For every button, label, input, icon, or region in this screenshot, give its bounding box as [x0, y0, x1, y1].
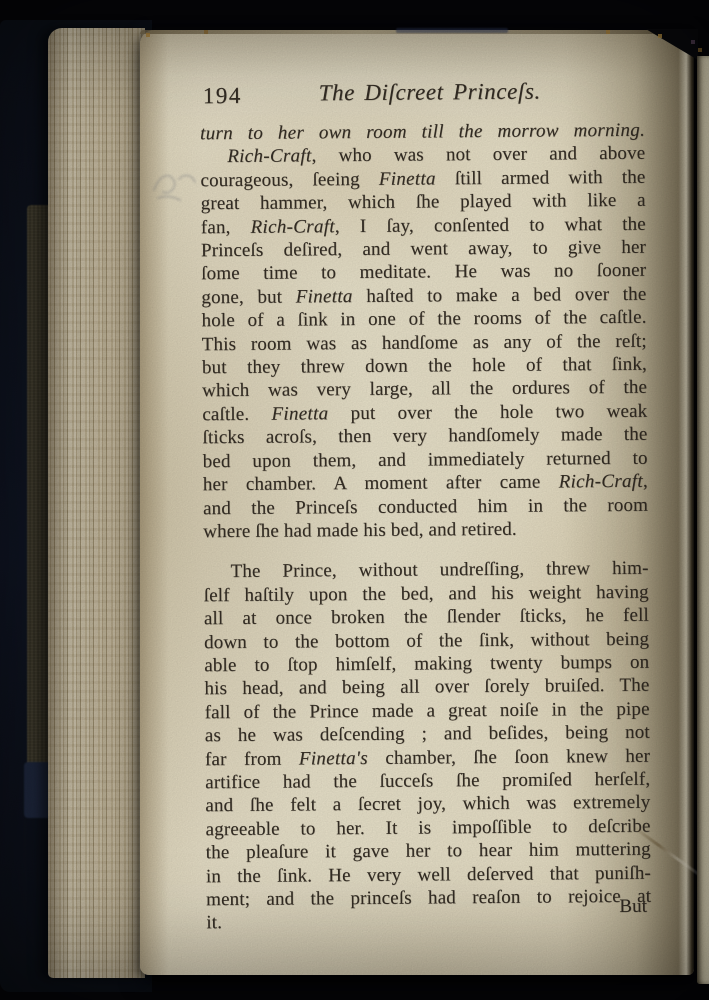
text-line: great hammer, which ſhe played with like… [201, 189, 646, 216]
text-line: Rich-Craft, who was not over and above [200, 142, 645, 169]
text-line: turn to her own room till the morrow mor… [200, 119, 645, 146]
running-title: The Diſcreet Princeſs. [153, 77, 707, 107]
text-line: fan, Rich-Craft, I ſay, conſented to wha… [201, 212, 646, 239]
text-line: courageous, ſeeing Finetta ſtill armed w… [200, 166, 645, 193]
paragraph: turn to her own room till the morrow mor… [200, 119, 648, 544]
text-line: hole of a ſink in one of the rooms of th… [201, 306, 646, 333]
text-line: but they threw down the hole of that ſin… [202, 353, 647, 380]
text-line: all at once broken the ſlender ſticks, h… [204, 604, 649, 631]
text-line: caſtle. Finetta put over the hole two we… [202, 400, 647, 427]
text-line: and ſhe felt a ſecret joy, which was ext… [205, 791, 650, 818]
text-line: in the ſink. He very well deſerved that … [206, 861, 651, 888]
book-page: 194 The Diſcreet Princeſs. turn to her o… [140, 30, 694, 975]
text-line: agreeable to her. It is impoſſible to de… [205, 815, 650, 842]
cover-edge-glimpse [396, 28, 508, 33]
text-line: artifice had the ſucceſs ſhe promiſed he… [205, 768, 650, 795]
page-header: 194 The Diſcreet Princeſs. [137, 77, 691, 111]
text-line: it.But [206, 908, 651, 935]
text-line: his head, and being all over ſorely brui… [204, 674, 649, 701]
text-line: fall of the Prince made a great noiſe in… [205, 697, 650, 724]
body-text: turn to her own room till the morrow mor… [200, 119, 651, 935]
text-line: and the Princeſs conducted him in the ro… [203, 493, 648, 520]
text-line: bed upon them, and immediately returned … [203, 446, 648, 473]
text-line: where ſhe had made his bed, and retired. [203, 517, 648, 544]
text-line: gone, but Finetta haſted to make a bed o… [201, 283, 646, 310]
text-line: The Prince, without undreſſing, threw hi… [203, 557, 648, 584]
text-line: ſticks acroſs, then very handſomely made… [202, 423, 647, 450]
catchword: But [619, 895, 651, 919]
text-line: as he was deſcending ; and beſides, bein… [205, 721, 650, 748]
text-line: ment; and the princeſs had reaſon to rej… [206, 885, 651, 912]
text-line: ſelf haſtily upon the bed, and his weigh… [204, 580, 649, 607]
text-line: down to the bottom of the ſink, without … [204, 627, 649, 654]
text-line: Princeſs deſired, and went away, to give… [201, 236, 646, 263]
facing-page-edge [697, 56, 709, 984]
text-line: far from Finetta's chamber, ſhe ſoon kne… [205, 744, 650, 771]
text-line: ſome time to meditate. He was no ſooner [201, 259, 646, 286]
text-line: her chamber. A moment after came Rich-Cr… [203, 470, 648, 497]
text-line: the pleaſure it gave her to hear him mut… [206, 838, 651, 865]
paragraph: The Prince, without undreſſing, threw hi… [203, 557, 651, 935]
printed-sheet: 194 The Diſcreet Princeſs. turn to her o… [136, 27, 697, 976]
text-line: This room was as handſome as any of the … [202, 329, 647, 356]
book-scan-photo: { "palette":{"page_cream":"#ece4cc","pag… [0, 0, 709, 1000]
text-line: which was very large, all the ordures of… [202, 376, 647, 403]
page-edge-stack [48, 28, 145, 978]
text-line: able to ſtop himſelf, making twenty bump… [204, 651, 649, 678]
gilt-specks [0, 0, 2, 2]
